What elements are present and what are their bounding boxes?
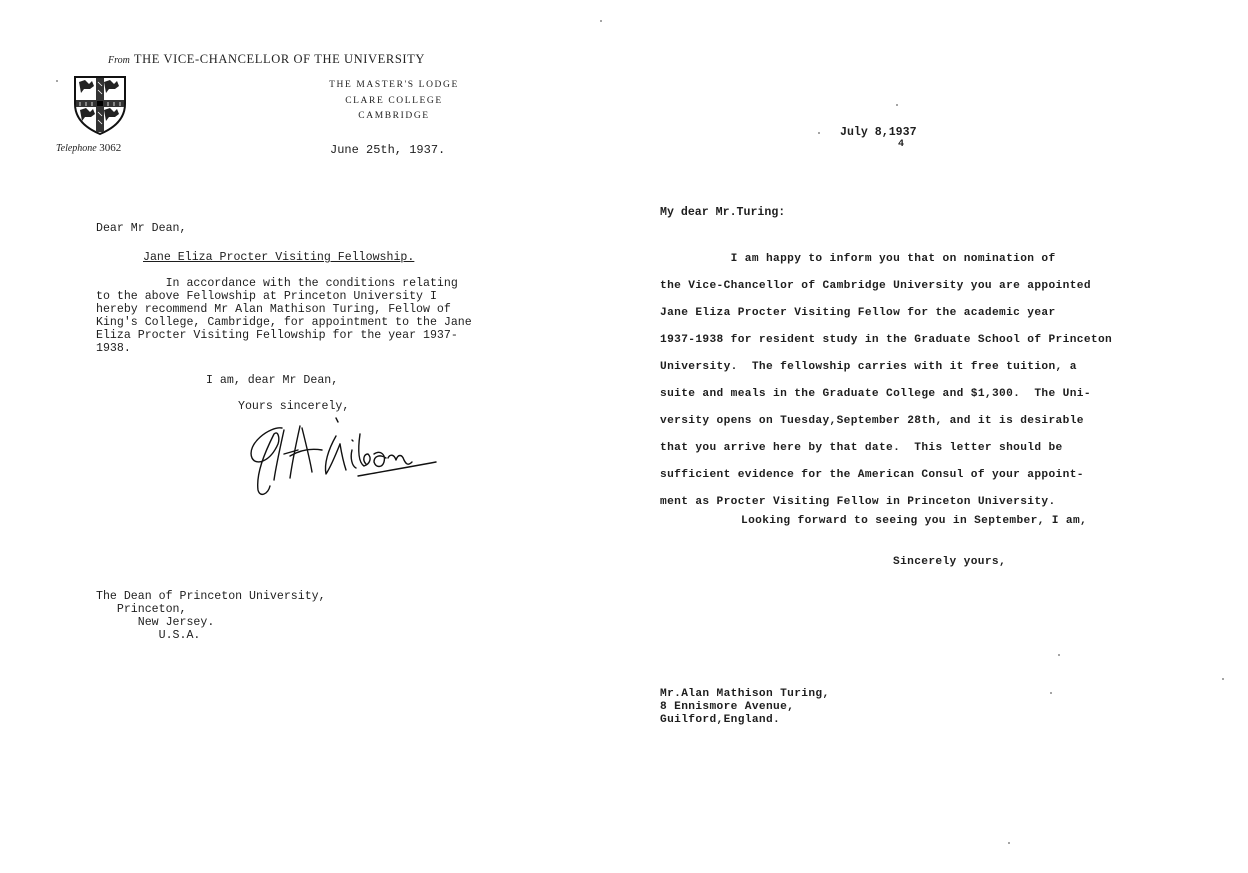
letter-subject: Jane Eliza Procter Visiting Fellowship. (143, 251, 414, 264)
letter-salutation: Dear Mr Dean, (96, 222, 186, 235)
scan-speck (600, 20, 602, 22)
letterhead-address-line: CLARE COLLEGE (294, 96, 494, 106)
scan-speck (818, 132, 820, 134)
letter-closing: Yours sincerely, (238, 400, 349, 413)
date-correction-mark: 4 (898, 138, 904, 151)
letter-closing: I am, dear Mr Dean, (206, 374, 338, 387)
letterhead-address-line: THE MASTER'S LODGE (294, 80, 494, 90)
letter-addressee: The Dean of Princeton University, Prince… (96, 590, 326, 642)
letter-closing: Looking forward to seeing you in Septemb… (741, 515, 1087, 528)
letterhead-address-line: CAMBRIDGE (294, 111, 494, 121)
scan-speck (56, 80, 58, 82)
letter-salutation: My dear Mr.Turing: (660, 206, 785, 219)
scan-speck (1050, 692, 1052, 694)
telephone-number: 3062 (99, 142, 121, 154)
letter-addressee: Mr.Alan Mathison Turing, 8 Ennismore Ave… (660, 688, 830, 727)
letterhead-from-line: FromTHE VICE-CHANCELLOR OF THE UNIVERSIT… (108, 52, 425, 67)
university-crest-icon (72, 74, 128, 136)
letter-date: June 25th, 1937. (330, 144, 445, 157)
handwritten-signature-icon (240, 414, 440, 500)
telephone-label: Telephone (56, 143, 97, 154)
letter-body: In accordance with the conditions relati… (96, 277, 472, 355)
scan-speck (896, 104, 898, 106)
scan-speck (1058, 654, 1060, 656)
letterhead-telephone: Telephone 3062 (56, 142, 121, 154)
from-prefix: From (108, 55, 130, 66)
from-title: THE VICE-CHANCELLOR OF THE UNIVERSITY (134, 52, 425, 66)
letter-date: July 8,1937 (840, 126, 917, 139)
letter-closing: Sincerely yours, (893, 556, 1006, 569)
scan-speck (1008, 842, 1010, 844)
letter-body: I am happy to inform you that on nominat… (660, 246, 1112, 516)
scan-speck (1222, 678, 1224, 680)
